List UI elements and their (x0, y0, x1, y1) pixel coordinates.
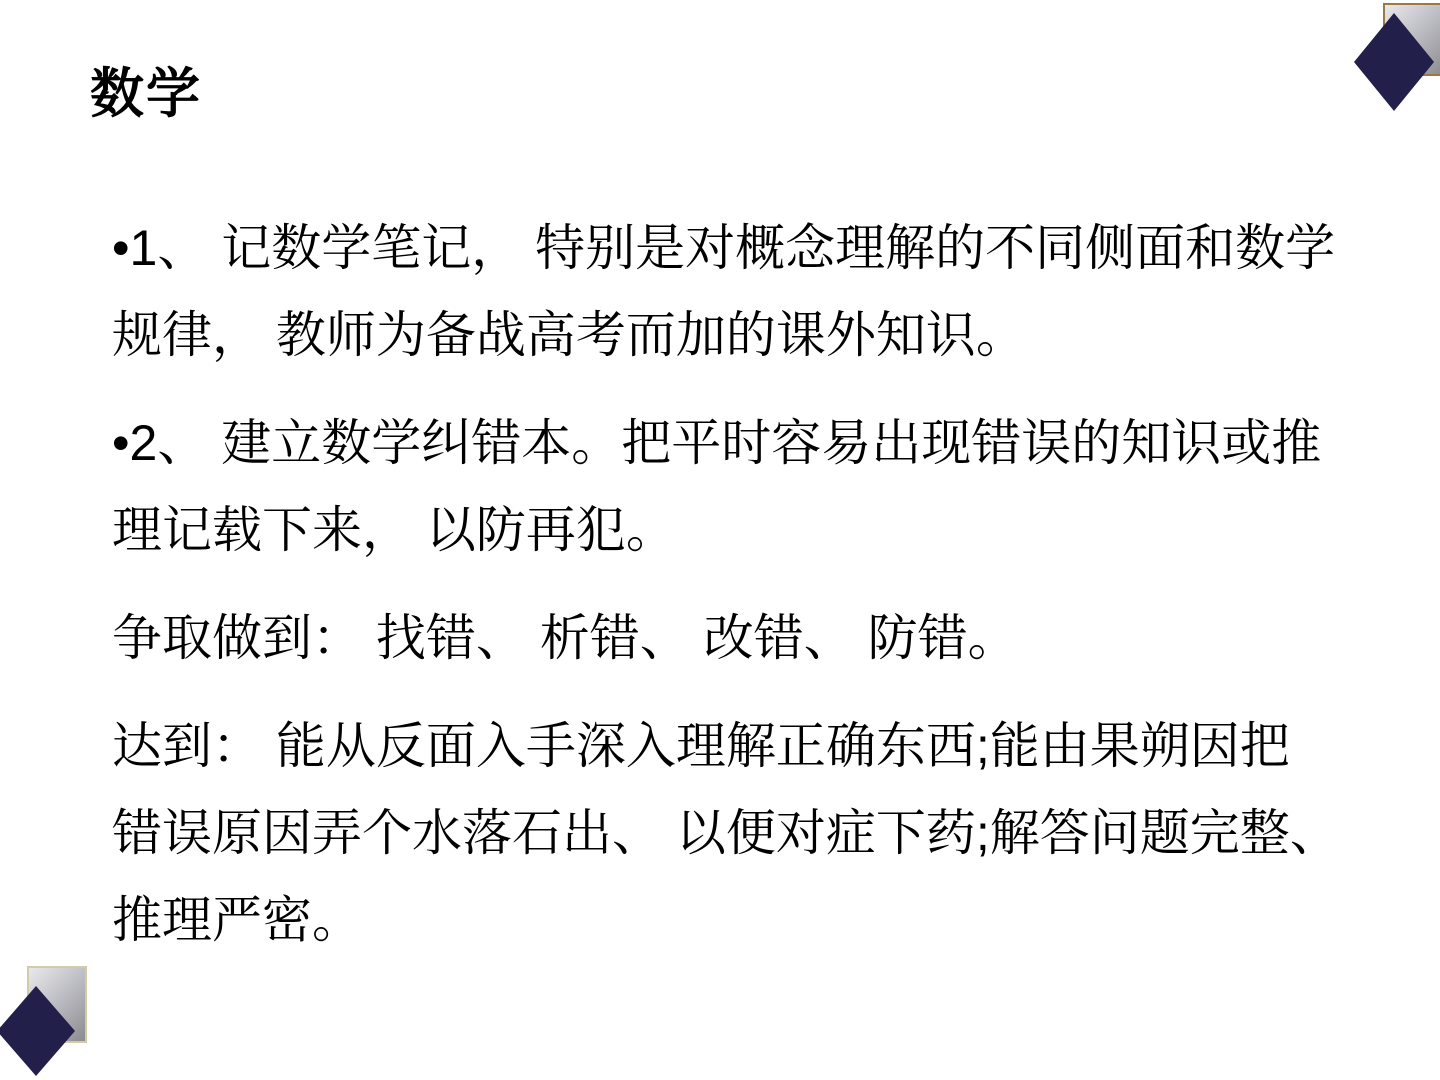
slide-body: •1、 记数学笔记， 特别是对概念理解的不同侧面和数学 规律， 教师为备战高考而… (112, 205, 1372, 985)
paragraph-4: 达到： 能从反面入手深入理解正确东西;能由果朔因把 错误原因弄个水落石出、 以便… (112, 703, 1372, 964)
text-line: 达到： 能从反面入手深入理解正确东西;能由果朔因把 (112, 703, 1372, 790)
text-line: •1、 记数学笔记， 特别是对概念理解的不同侧面和数学 (112, 205, 1372, 292)
paragraph-2: •2、 建立数学纠错本。把平时容易出现错误的知识或推 理记载下来， 以防再犯。 (112, 400, 1372, 574)
text-line: 错误原因弄个水落石出、 以便对症下药;解答问题完整、 (112, 790, 1372, 877)
text-line: 争取做到： 找错、 析错、 改错、 防错。 (112, 595, 1372, 682)
text-line: •2、 建立数学纠错本。把平时容易出现错误的知识或推 (112, 400, 1372, 487)
text-line: 推理严密。 (112, 877, 1372, 964)
paragraph-1: •1、 记数学笔记， 特别是对概念理解的不同侧面和数学 规律， 教师为备战高考而… (112, 205, 1372, 379)
slide: 数学 •1、 记数学笔记， 特别是对概念理解的不同侧面和数学 规律， 教师为备战… (0, 0, 1440, 1080)
paragraph-3: 争取做到： 找错、 析错、 改错、 防错。 (112, 595, 1372, 682)
text-line: 规律， 教师为备战高考而加的课外知识。 (112, 292, 1372, 379)
slide-title: 数学 (90, 62, 202, 127)
text-line: 理记载下来， 以防再犯。 (112, 487, 1372, 574)
